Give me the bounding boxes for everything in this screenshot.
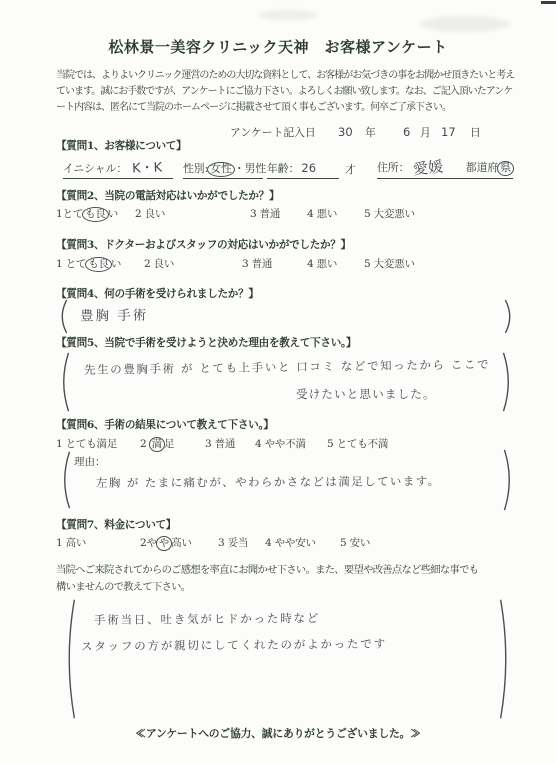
initial-label: イニシャル： xyxy=(63,161,127,176)
gender-field: 性別:女性・男性 xyxy=(183,161,263,179)
q6-bracket-left xyxy=(59,450,71,510)
intro-line-2: ています。誠にお手数ですが、アンケートにご協力下さい。よろしくお願い致します。な… xyxy=(56,84,514,100)
q7-option-2: 2やや高い xyxy=(140,535,192,550)
q5-header: 【質問5、当院で手術を受けようと決めた理由を教えて下さい。】 xyxy=(56,335,356,350)
address-label: 住所： xyxy=(377,160,409,175)
q5-answer-line-1: 先生の豊胸手術 が とても上手いと 口コミ などで知ったから ここで xyxy=(84,356,490,378)
q7-option-1: 1 高い xyxy=(56,535,86,550)
q4-bracket-right xyxy=(504,299,515,334)
q7-option-3: 3 妥当 xyxy=(218,535,248,550)
address-value: 愛媛 xyxy=(412,155,444,179)
q6-options: 1 とても満足 2 満足 3 普通 4 やや不満 5 とても不満 xyxy=(0,436,556,452)
q3-option-2: 2 良い xyxy=(144,256,174,271)
q5-bracket-right xyxy=(502,351,514,413)
q2-header: 【質問2、当院の電話対応はいかがでしたか？】 xyxy=(56,188,279,203)
q2-options: 1とても良い 2 良い 3 普通 4 悪い 5 大変悪い xyxy=(0,206,556,222)
q6-selection-circle: 満 xyxy=(149,437,165,452)
q3-option-1-pre: 1 とて xyxy=(56,258,86,270)
q7-options: 1 高い 2やや高い 3 妥当 4 やや安い 5 安い xyxy=(0,535,556,551)
q2-option-4: 4 悪い xyxy=(307,206,337,221)
intro-line-1: 当院では、よりよいクリニック運営のための大切な資料として、お客様がお気づきの事を… xyxy=(56,68,514,84)
feedback-bracket-left xyxy=(63,596,76,722)
year-unit-label: 年 xyxy=(365,125,376,140)
q3-options: 1 とても良い 2 良い 3 普通 4 悪い 5 大変悪い xyxy=(0,256,556,272)
q6-option-5: 5 とても不満 xyxy=(327,436,388,451)
q6-option-2-post: 足 xyxy=(164,438,174,450)
age-field: 年齢： 26 xyxy=(267,161,339,179)
q7-option-2-post: 高い xyxy=(171,537,192,549)
age-unit-label: 才 xyxy=(345,162,356,177)
scan-artifact-mark xyxy=(541,1,556,4)
address-field: 住所： 愛媛 都道府県 xyxy=(377,155,513,179)
q6-option-4: 4 やや不満 xyxy=(255,436,306,451)
intro-line-3: ート内容は、匿名にて当院のホームページに掲載させて頂く事もございます。何卒ご了承… xyxy=(56,100,514,116)
q2-option-1-pre: 1とて xyxy=(56,208,83,220)
q6-header: 【質問6、手術の結果について教えて下さい。】 xyxy=(56,417,274,432)
initial-value: K・K xyxy=(132,156,163,176)
q3-option-4: 4 悪い xyxy=(307,256,337,271)
q6-reason-handwriting: 左胸 が たまに痛むが、やわらかさなどは満足しています。 xyxy=(96,473,441,491)
prefecture-selection-circle: 県 xyxy=(497,161,514,176)
q7-header: 【質問7、料金について】 xyxy=(56,517,176,532)
q6-option-3: 3 普通 xyxy=(205,436,235,451)
scan-smudge xyxy=(258,10,318,20)
q3-option-1: 1 とても良い xyxy=(56,256,121,271)
q1-fields-row: イニシャル： K・K 性別:女性・男性 年齢： 26 才 住所： 愛媛 都道府県 xyxy=(0,155,556,179)
q3-option-5: 5 大変悪い xyxy=(364,256,415,271)
month-unit-label: 月 xyxy=(420,125,431,140)
scan-smudge xyxy=(420,16,510,32)
feedback-answer-line-1: 手術当日、吐き気がヒドかった時など xyxy=(94,610,320,628)
survey-date-month-value: 6 xyxy=(403,125,410,139)
q6-reason-label: 理由： xyxy=(74,454,106,469)
q1-header: 【質問1、お客様について】 xyxy=(56,138,186,153)
day-unit-label: 日 xyxy=(470,125,481,140)
survey-date-day-value: 17 xyxy=(441,125,456,139)
q2-option-1-post: い xyxy=(108,208,118,220)
page-title: 松林景一美容クリニック天神 お客様アンケート xyxy=(0,36,556,57)
survey-date-label: アンケート記入日 xyxy=(230,125,316,140)
q2-option-2: 2 良い xyxy=(135,206,165,221)
q2-option-1: 1とても良い xyxy=(56,206,118,221)
q7-option-4: 4 やや安い xyxy=(265,535,316,550)
q2-option-3: 3 普通 xyxy=(250,206,280,221)
feedback-answer-line-2: スタッフの方が親切にしてくれたのがよかったです xyxy=(81,636,387,655)
q7-option-2-pre: 2や xyxy=(140,537,157,549)
q7-option-5: 5 安い xyxy=(340,535,370,550)
q2-selection-circle: も良 xyxy=(82,207,109,222)
age-value: 26 xyxy=(301,161,316,175)
q4-header: 【質問4、何の手術を受けられましたか？】 xyxy=(56,286,259,301)
gender-rest-label: ・男性 xyxy=(234,161,266,176)
q6-option-2: 2 満足 xyxy=(140,436,174,451)
gender-label: 性別: xyxy=(183,161,208,176)
q5-bracket-left xyxy=(58,351,70,413)
footer-thanks: ≪アンケートへのご協力、誠にありがとうございました。≫ xyxy=(0,726,556,741)
intro-paragraph: 当院では、よりよいクリニック運営のための大切な資料として、お客様がお気づきの事を… xyxy=(56,68,514,116)
q7-selection-circle: や xyxy=(156,536,172,551)
age-label: 年齢： xyxy=(267,161,299,176)
feedback-bracket-right xyxy=(499,596,512,722)
feedback-prompt: 当院へご来院されてからのご感想を率直にお聞かせ下さい。また、要望や改善点など些細… xyxy=(56,562,478,596)
q3-option-1-post: い xyxy=(111,258,121,270)
q4-bracket-left xyxy=(57,299,68,334)
q6-option-1: 1 とても満足 xyxy=(56,436,117,451)
feedback-prompt-line-1: 当院へご来院されてからのご感想を率直にお聞かせ下さい。また、要望や改善点など些細… xyxy=(56,562,478,579)
prefecture-label: 都道府 xyxy=(466,160,498,175)
survey-date-year-value: 30 xyxy=(338,125,353,139)
initial-field: イニシャル： K・K xyxy=(63,157,173,179)
scanned-survey-page: 松林景一美容クリニック天神 お客様アンケート 当院では、よりよいクリニック運営の… xyxy=(0,0,556,764)
q3-option-3: 3 普通 xyxy=(242,256,272,271)
q2-option-5: 5 大変悪い xyxy=(364,206,415,221)
q5-answer-line-2: 受けたいと思いました。 xyxy=(296,386,436,402)
q6-bracket-right xyxy=(503,448,515,512)
q3-header: 【質問3、ドクターおよびスタッフの対応はいかがでしたか？】 xyxy=(56,237,351,252)
q4-answer-handwriting: 豊胸 手術 xyxy=(80,304,149,325)
gender-selection-circle: 女性 xyxy=(207,162,235,177)
q3-selection-circle: も良 xyxy=(85,257,112,272)
feedback-prompt-line-2: 構いませんので教えて下さい。 xyxy=(56,579,478,596)
